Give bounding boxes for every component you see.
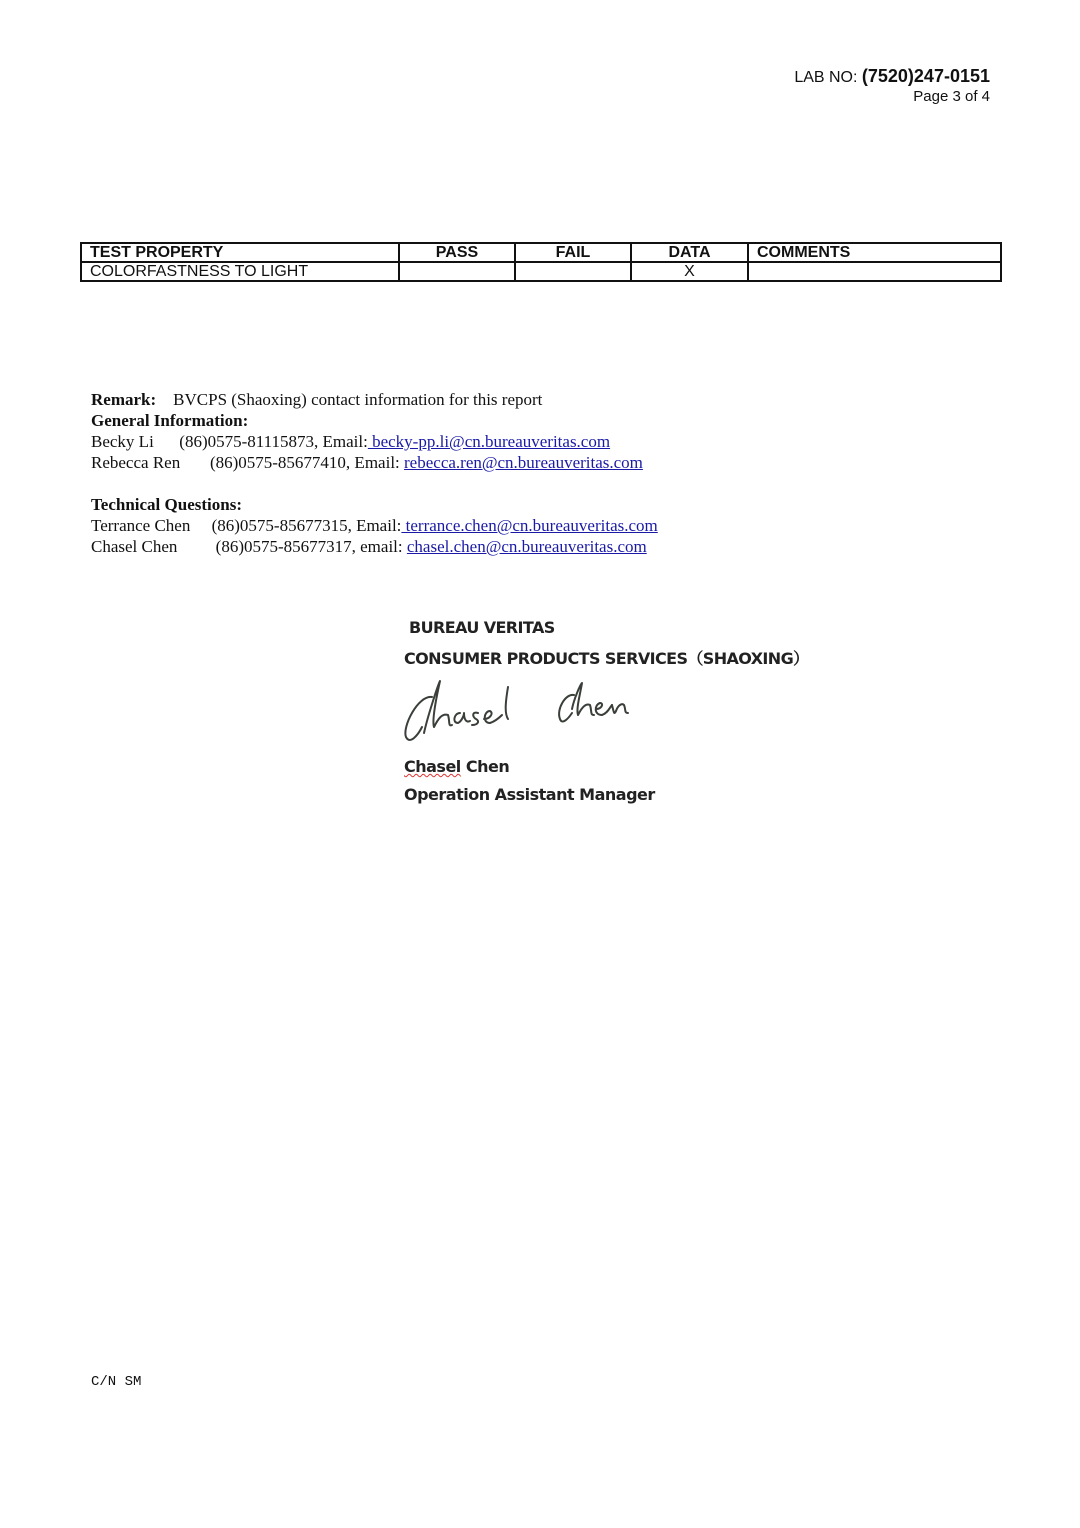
column-header-fail: FAIL: [515, 243, 631, 262]
column-header-test-property: TEST PROPERTY: [81, 243, 399, 262]
lab-number-value: (7520)247-0151: [862, 66, 990, 86]
lab-number: LAB NO: (7520)247-0151: [794, 66, 990, 88]
signature-block: BUREAU VERITAS CONSUMER PRODUCTS SERVICE…: [404, 618, 809, 804]
contact-email-link[interactable]: rebecca.ren@cn.bureauveritas.com: [404, 453, 643, 472]
contact-name: Chasel Chen: [91, 537, 177, 556]
remark-line: Remark: BVCPS (Shaoxing) contact informa…: [91, 389, 658, 410]
column-header-comments: COMMENTS: [748, 243, 1001, 262]
contact-row: Rebecca Ren (86)0575-85677410, Email: re…: [91, 452, 658, 473]
handwritten-signature: [404, 675, 809, 757]
signer-first-name: Chasel: [404, 757, 461, 776]
contact-email-link[interactable]: becky-pp.li@cn.bureauveritas.com: [368, 432, 610, 451]
column-header-pass: PASS: [399, 243, 515, 262]
org-division: CONSUMER PRODUCTS SERVICES（SHAOXING）: [404, 646, 809, 669]
contact-name: Becky Li: [91, 432, 154, 451]
cell-property: COLORFASTNESS TO LIGHT: [81, 262, 399, 281]
contact-row: Terrance Chen (86)0575-85677315, Email: …: [91, 515, 658, 536]
signer-name: Chasel Chen: [404, 757, 809, 776]
contact-phone: (86)0575-81115873, Email:: [179, 432, 368, 451]
contact-phone: (86)0575-85677317, email:: [216, 537, 403, 556]
lab-number-label: LAB NO:: [794, 69, 862, 86]
remark-text: BVCPS (Shaoxing) contact information for…: [173, 390, 542, 409]
column-header-data: DATA: [631, 243, 748, 262]
cell-comments: [748, 262, 1001, 281]
cell-fail: [515, 262, 631, 281]
contact-phone: (86)0575-85677410, Email:: [210, 453, 400, 472]
signer-title: Operation Assistant Manager: [404, 785, 809, 804]
technical-questions-heading: Technical Questions:: [91, 495, 242, 514]
contact-name: Terrance Chen: [91, 516, 190, 535]
org-name: BUREAU VERITAS: [409, 618, 809, 637]
table-row: COLORFASTNESS TO LIGHT X: [81, 262, 1001, 281]
contact-email-link[interactable]: terrance.chen@cn.bureauveritas.com: [401, 516, 657, 535]
contact-remark: Remark: BVCPS (Shaoxing) contact informa…: [91, 389, 658, 557]
contact-name: Rebecca Ren: [91, 453, 180, 472]
cell-data: X: [631, 262, 748, 281]
general-info-heading: General Information:: [91, 411, 248, 430]
remark-label: Remark:: [91, 390, 156, 409]
table-header-row: TEST PROPERTY PASS FAIL DATA COMMENTS: [81, 243, 1001, 262]
contact-row: Becky Li (86)0575-81115873, Email: becky…: [91, 431, 658, 452]
cell-pass: [399, 262, 515, 281]
signature-icon: [404, 675, 644, 757]
footer-code: C/N SM: [91, 1374, 141, 1390]
test-property-table: TEST PROPERTY PASS FAIL DATA COMMENTS CO…: [80, 242, 1002, 282]
signer-last-name: Chen: [461, 757, 509, 776]
contact-row: Chasel Chen (86)0575-85677317, email: ch…: [91, 536, 658, 557]
contact-phone: (86)0575-85677315, Email:: [212, 516, 402, 535]
report-header: LAB NO: (7520)247-0151 Page 3 of 4: [794, 66, 990, 105]
page-number: Page 3 of 4: [794, 88, 990, 105]
contact-email-link[interactable]: chasel.chen@cn.bureauveritas.com: [407, 537, 647, 556]
